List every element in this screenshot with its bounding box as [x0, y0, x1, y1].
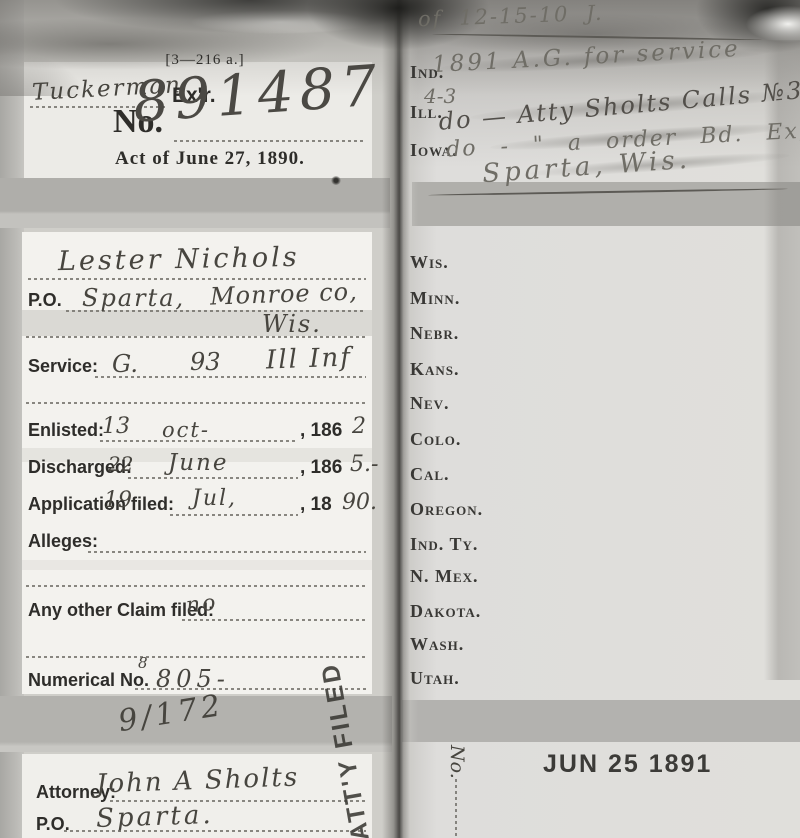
enlisted-year-printed: , 186: [300, 420, 342, 442]
enlisted-year-handwritten: 2: [352, 414, 366, 439]
discharged-fill-line: [128, 477, 298, 479]
no-fill-line: [455, 779, 457, 838]
service-label: Service:: [28, 356, 98, 377]
scan-streak: [22, 560, 372, 570]
attorney-po-handwritten: Sparta.: [96, 800, 215, 834]
state-item: Colo.: [410, 429, 461, 450]
service-regiment-handwritten: 93: [190, 348, 221, 376]
state-item: Ind. Ty.: [410, 534, 478, 555]
state-item: Nebr.: [410, 323, 459, 344]
claimant-name-handwritten: Lester Nichols: [58, 242, 300, 277]
fill-line: [26, 656, 366, 658]
state-item: Wis.: [410, 252, 449, 273]
fill-line: [26, 402, 366, 404]
ink-dot: [331, 176, 341, 185]
application-year-handwritten: 90.: [342, 490, 377, 515]
state-item: N. Mex.: [410, 566, 479, 587]
application-fill-line: [170, 514, 298, 516]
application-day-handwritten: 19: [104, 488, 132, 513]
state-label-ind: Ind.: [410, 62, 444, 83]
no-fill-label: No.: [446, 745, 468, 779]
enlisted-month-handwritten: oct-: [162, 418, 210, 442]
state-item: Wash.: [410, 634, 464, 655]
po-county-handwritten: Monroe co,: [210, 277, 359, 310]
po-label: P.O.: [28, 290, 62, 311]
discharged-day-handwritten: 22: [108, 452, 133, 476]
application-year-printed: , 18: [300, 494, 332, 516]
fill-line: [26, 336, 366, 338]
discharged-year-handwritten: 5.-: [350, 452, 378, 477]
numerical-no-label: Numerical No.: [28, 670, 149, 691]
center-fold-shadow: [382, 0, 418, 838]
po-state-handwritten: Wis.: [262, 310, 322, 338]
enlisted-label: Enlisted:: [28, 420, 104, 441]
discharged-month-handwritten: June: [168, 450, 228, 476]
act-line: Act of June 27, 1890.: [115, 148, 305, 170]
service-company-handwritten: G.: [112, 350, 138, 378]
discharged-year-printed: , 186: [300, 457, 342, 479]
scanner-band-low-right: [402, 700, 800, 742]
attorney-po-fill-line: [64, 830, 366, 832]
rotated-no-fill: No.: [446, 745, 468, 838]
date-received-stamp: JUN 25 1891: [543, 750, 712, 779]
state-item: Oregon.: [410, 499, 483, 520]
scanned-pension-document: [3—216 a.] Tuckerman Ex'r. No. 891487 Ac…: [0, 0, 800, 838]
state-item: Nev.: [410, 393, 450, 414]
alleges-fill-line: [88, 551, 366, 553]
state-item: Minn.: [410, 288, 460, 309]
other-claim-handwritten: no: [185, 590, 219, 618]
state-item: Cal.: [410, 464, 450, 485]
scanner-band-mid-left: [0, 178, 390, 228]
enlisted-day-handwritten: 13: [102, 414, 130, 439]
alleges-label: Alleges:: [28, 531, 98, 552]
other-claim-fill-line: [182, 619, 366, 621]
service-unit-handwritten: Ill Inf: [266, 343, 353, 376]
application-filed-label: Application filed:: [28, 494, 174, 515]
state-item: Utah.: [410, 668, 460, 689]
state-item: Kans.: [410, 359, 460, 380]
fill-line: [26, 585, 366, 587]
po-town-handwritten: Sparta,: [82, 284, 185, 312]
numerical-superscript-handwritten: 8: [138, 654, 148, 672]
state-item: Dakota.: [410, 601, 481, 622]
application-month-handwritten: Jul,: [192, 486, 237, 511]
number-fill-line: [174, 140, 364, 142]
